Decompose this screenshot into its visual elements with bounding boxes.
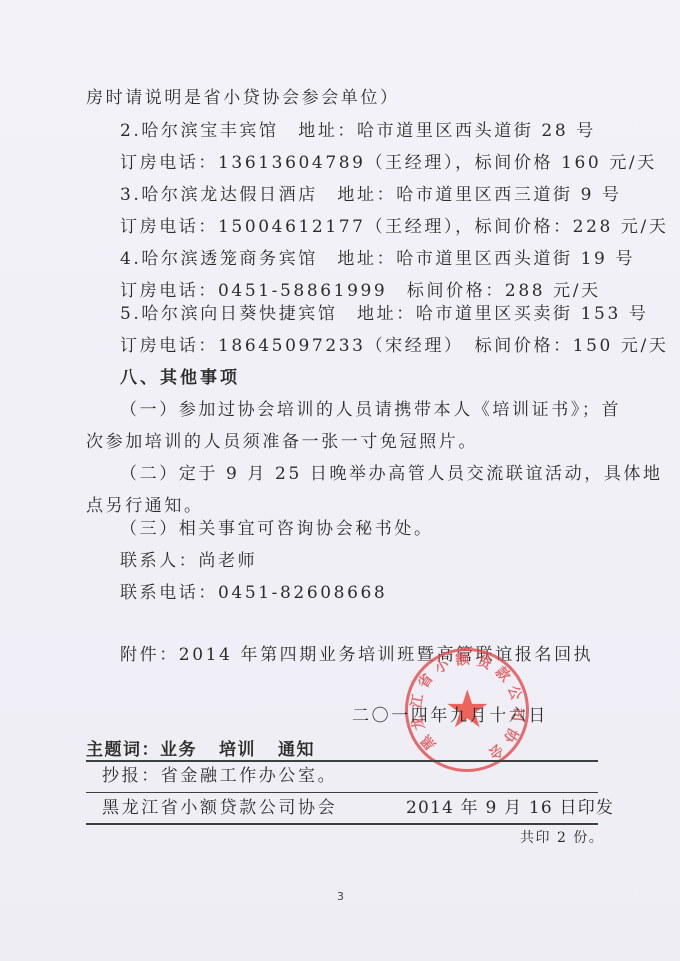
hotel-4-phone-line: 订房电话：0451-58861999 标间价格：288 元/天 xyxy=(120,281,601,301)
seal-char: 省 xyxy=(415,670,437,692)
subject-word: 培训 xyxy=(219,740,256,760)
issuer-name: 黑龙江省小额贷款公司协会 xyxy=(102,798,337,818)
hotel-4-name-line: 4.哈尔滨透笼商务宾馆 地址：哈市道里区西头道街 19 号 xyxy=(120,249,635,269)
seal-char: 黑 xyxy=(417,731,440,754)
text-line-intro-tail: 房时请说明是省小贷协会参会单位） xyxy=(86,88,400,108)
hotel-5-phone-line: 订房电话：18645097233（宋经理） 标间价格：150 元/天 xyxy=(120,336,668,356)
page-number: 3 xyxy=(337,890,344,903)
item-3-line: （三）相关事宜可咨询协会秘书处。 xyxy=(120,519,434,539)
hotel-3-name-line: 3.哈尔滨龙达假日酒店 地址：哈市道里区西三道街 9 号 xyxy=(120,185,622,205)
issue-date: 2014 年 9 月 16 日印发 xyxy=(406,798,614,818)
item-1-line-a: （一）参加过协会培训的人员请携带本人《培训证书》；首 xyxy=(120,400,621,420)
copies-count: 共印 2 份。 xyxy=(520,828,604,848)
seal-char: 贷 xyxy=(474,653,495,674)
hotel-5-name-line: 5.哈尔滨向日葵快捷宾馆 地址：哈市道里区买卖街 153 号 xyxy=(120,304,648,324)
subject-label: 主题词： xyxy=(86,740,160,760)
contact-person-line: 联系人：尚老师 xyxy=(120,551,257,571)
seal-char: 公 xyxy=(504,683,525,704)
hotel-2-name-line: 2.哈尔滨宝丰宾馆 地址：哈市道里区西头道街 28 号 xyxy=(120,121,596,141)
section-heading-other-matters: 八、其他事项 xyxy=(120,368,240,388)
contact-phone-line: 联系电话：0451-82608668 xyxy=(120,583,387,603)
item-1-line-b: 次参加培训的人员须准备一张一寸免冠照片。 xyxy=(86,432,478,452)
attachment-line: 附件：2014 年第四期业务培训班暨高管联谊报名回执 xyxy=(120,645,593,665)
divider-rule xyxy=(86,823,598,825)
subject-word: 业务 xyxy=(160,740,197,760)
item-2-line-a: （二）定于 9 月 25 日晚举办高管人员交流联谊活动，具体地 xyxy=(120,464,663,484)
seal-char: 额 xyxy=(454,652,471,669)
seal-char: 会 xyxy=(485,740,507,762)
seal-char: 款 xyxy=(491,663,514,686)
subject-word: 通知 xyxy=(278,740,315,760)
divider-rule xyxy=(86,792,598,793)
hotel-3-phone-line: 订房电话：15004612177（王经理），标间价格：228 元/天 xyxy=(120,217,668,237)
seal-char: 小 xyxy=(431,656,453,678)
hotel-2-phone-line: 订房电话：13613604789（王经理），标间价格 160 元/天 xyxy=(120,153,657,173)
cc-line: 抄报：省金融工作办公室。 xyxy=(102,766,337,786)
item-2-line-b: 点另行通知。 xyxy=(86,496,204,516)
seal-char: 协 xyxy=(499,724,521,746)
subject-words: 主题词：业务培训通知 xyxy=(86,735,315,760)
signature-date: 二〇一四年九月十六日 xyxy=(352,706,548,726)
document-page: 房时请说明是省小贷协会参会单位） 2.哈尔滨宝丰宾馆 地址：哈市道里区西头道街 … xyxy=(0,0,680,961)
divider-rule xyxy=(86,760,598,762)
